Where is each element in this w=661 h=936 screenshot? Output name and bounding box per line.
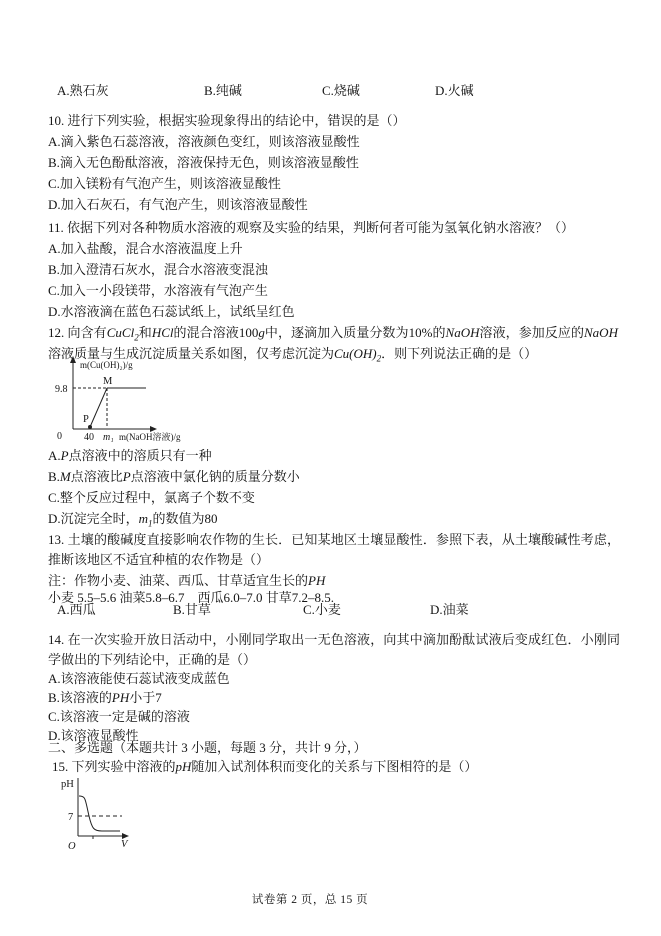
point-p-dot: [88, 425, 92, 429]
precipitate-mass-chart: m(Cu(OH)₂)/g 9.8 M P 0 40 m₁ m(NaOH溶液)/g: [53, 356, 293, 446]
chart1-xtick-m1: m₁: [103, 432, 114, 443]
q11-option-a: A.加入盐酸，混合水溶液温度上升: [48, 238, 574, 259]
chart1-xtick-40: 40: [84, 432, 94, 443]
q9-option-b: B.纯碱: [204, 80, 242, 99]
q13-options-row: A.西瓜 B.甘草 C.小麦 D.油菜: [0, 599, 661, 617]
q12-options: A.P点溶液中的溶质只有一种 B.M点溶液比P点溶液中氯化钠的质量分数小 C.整…: [48, 445, 300, 529]
q14-stem: 14. 在一次实验开放日活动中，小刚同学取出一无色溶液，向其中滴加酚酞试液后变成…: [48, 630, 620, 669]
q14-option-c: C.该溶液一定是碱的溶液: [48, 707, 230, 726]
chart1-origin-label: 0: [57, 431, 62, 442]
q13-stem: 13. 土壤的酸碱度直接影响农作物的生长．已知某地区土壤显酸性．参照下表，从土壤…: [48, 530, 620, 569]
q10-option-b: B.滴入无色酚酞溶液，溶液保持无色，则该溶液显酸性: [48, 152, 406, 173]
q13-option-b: B.甘草: [173, 599, 211, 618]
chart2-ylabel: pH: [61, 779, 74, 790]
q11-option-d: D.水溶液滴在蓝色石蕊试纸上，试纸呈红色: [48, 301, 574, 322]
q13-option-a: A.西瓜: [57, 599, 96, 618]
q13-option-c: C.小麦: [303, 599, 341, 618]
section-2-header: 二、多选题（本题共计 3 小题，每题 3 分，共计 9 分，）: [48, 738, 367, 757]
q14-options: A.该溶液能使石蕊试液变成蓝色 B.该溶液的PH小于7 C.该溶液一定是碱的溶液…: [48, 669, 230, 745]
ph-curve: [79, 796, 120, 831]
q11-option-c: C.加入一小段镁带，水溶液有气泡产生: [48, 280, 574, 301]
chart1-ytick-98: 9.8: [55, 384, 68, 395]
q9-option-c: C.烧碱: [322, 80, 360, 99]
q13-option-d: D.油菜: [430, 599, 469, 618]
q9-option-a: A.熟石灰: [57, 80, 109, 99]
q12-option-c: C.整个反应过程中，氯离子个数不变: [48, 487, 300, 508]
page-footer: 试卷第 2 页，总 15 页: [0, 891, 620, 907]
q10-option-a: A.滴入紫色石蕊溶液，溶液颜色变红，则该溶液显酸性: [48, 131, 406, 152]
q14-option-b: B.该溶液的PH小于7: [48, 688, 230, 707]
ph-volume-chart: pH 7 O V: [48, 774, 218, 859]
chart1-point-p-label: P: [83, 414, 89, 425]
q14-option-a: A.该溶液能使石蕊试液变成蓝色: [48, 669, 230, 688]
q12-option-b: B.M点溶液比P点溶液中氯化钠的质量分数小: [48, 466, 300, 487]
chart2-ytick-7: 7: [68, 812, 73, 823]
question-10: 10. 进行下列实验，根据实验现象得出的结论中，错误的是（） A.滴入紫色石蕊溶…: [48, 110, 406, 215]
q10-option-c: C.加入镁粉有气泡产生，则该溶液显酸性: [48, 173, 406, 194]
chart1-ylabel: m(Cu(OH)₂)/g: [80, 360, 133, 370]
q9-option-d: D.火碱: [435, 80, 474, 99]
q11-stem: 11. 依据下列对各种物质水溶液的观察及实验的结果，判断何者可能为氢氧化钠水溶液…: [48, 217, 574, 238]
y-axis-arrow-icon: [70, 356, 76, 363]
q10-option-d: D.加入石灰石，有气泡产生，则该溶液显酸性: [48, 194, 406, 215]
chart2-xlabel: V: [121, 839, 129, 850]
chart1-point-m-label: M: [103, 376, 113, 387]
q11-option-b: B.加入澄清石灰水，混合水溶液变混浊: [48, 259, 574, 280]
q10-stem: 10. 进行下列实验，根据实验现象得出的结论中，错误的是（）: [48, 110, 406, 131]
q12-option-a: A.P点溶液中的溶质只有一种: [48, 445, 300, 466]
q9-options-row: A.熟石灰 B.纯碱 C.烧碱 D.火碱: [0, 80, 661, 98]
chart2-origin-label: O: [68, 841, 76, 852]
question-11: 11. 依据下列对各种物质水溶液的观察及实验的结果，判断何者可能为氢氧化钠水溶液…: [48, 217, 574, 322]
chart1-xlabel: m(NaOH溶液)/g: [119, 431, 181, 442]
q12-option-d: D.沉淀完全时，m1的数值为80: [48, 508, 300, 529]
